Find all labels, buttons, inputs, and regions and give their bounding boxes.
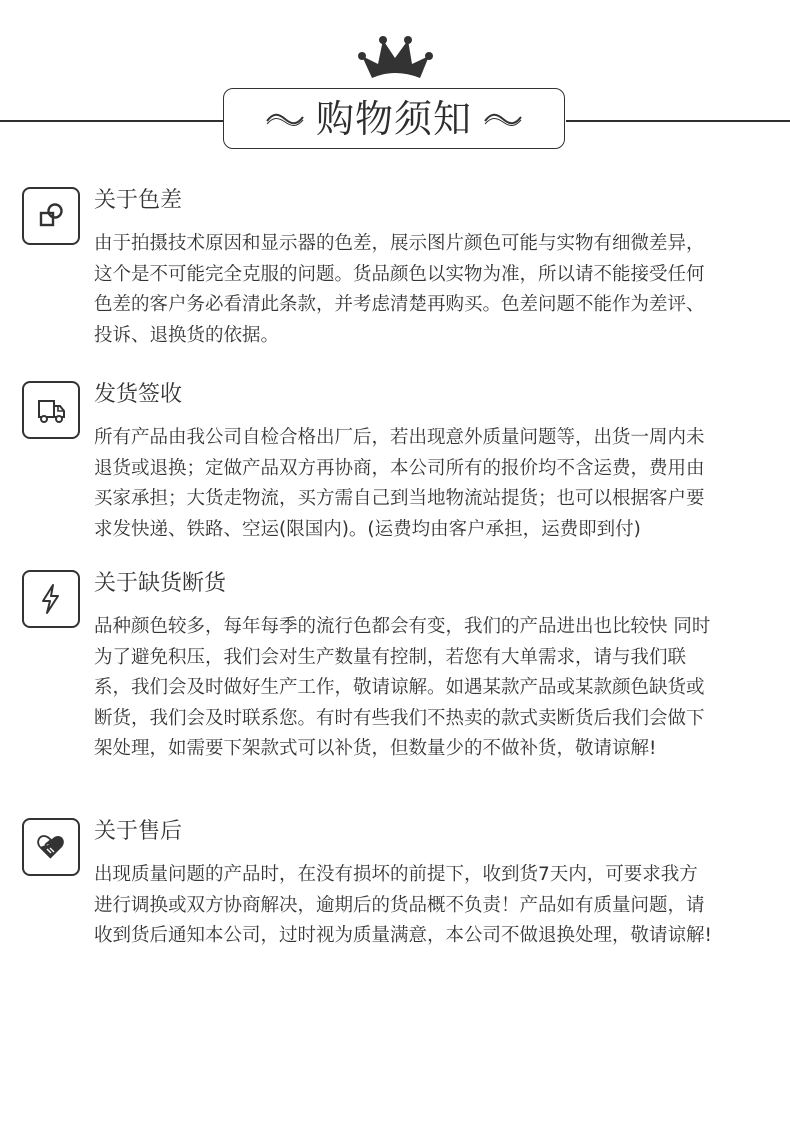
right-flourish-icon — [482, 109, 524, 129]
body-line: 投诉、退换货的依据。 — [94, 321, 769, 352]
color-shapes-icon — [22, 187, 80, 245]
section-body: 出现质量问题的产品时，在没有损坏的前提下，收到货7天内，可要求我方 进行调换或双… — [94, 860, 769, 952]
page-title-banner: 购物须知 — [223, 88, 565, 149]
body-line: 退货或退换；定做产品双方再协商，本公司所有的报价均不含运费，费用由 — [94, 454, 769, 485]
section-body: 所有产品由我公司自检合格出厂后，若出现意外质量问题等，出货一周内未 退货或退换；… — [94, 423, 769, 545]
left-flourish-icon — [264, 109, 306, 129]
body-line: 这个是不可能完全克服的问题。货品颜色以实物为准，所以请不能接受任何 — [94, 260, 769, 291]
section-body: 品种颜色较多，每年每季的流行色都会有变，我们的产品进出也比较快 同时 为了避免积… — [94, 612, 769, 765]
body-line: 进行调换或双方协商解决，逾期后的货品概不负责！产品如有质量问题，请 — [94, 891, 769, 922]
body-line: 求发快递、铁路、空运(限国内)。(运费均由客户承担，运费即到付) — [94, 515, 769, 546]
delivery-truck-icon — [22, 381, 80, 439]
section-title: 关于缺货断货 — [94, 570, 226, 598]
body-line: 架处理，如需要下架款式可以补货，但数量少的不做补货，敬请谅解! — [94, 734, 769, 765]
section-title: 发货签收 — [94, 381, 182, 409]
body-line: 买家承担；大货走物流，买方需自己到当地物流站提货；也可以根据客户要 — [94, 484, 769, 515]
body-line: 所有产品由我公司自检合格出厂后，若出现意外质量问题等，出货一周内未 — [94, 423, 769, 454]
body-line: 系，我们会及时做好生产工作，敬请谅解。如遇某款产品或某款颜色缺货或 — [94, 673, 769, 704]
header-divider-right — [566, 120, 790, 122]
body-line: 为了避免积压，我们会对生产数量有控制，若您有大单需求，请与我们联 — [94, 643, 769, 674]
section-title: 关于售后 — [94, 818, 182, 846]
body-line: 品种颜色较多，每年每季的流行色都会有变，我们的产品进出也比较快 同时 — [94, 612, 769, 643]
body-line: 由于拍摄技术原因和显示器的色差，展示图片颜色可能与实物有细微差异， — [94, 229, 769, 260]
body-line: 断货，我们会及时联系您。有时有些我们不热卖的款式卖断货后我们会做下 — [94, 704, 769, 735]
body-line: 收到货后通知本公司，过时视为质量满意，本公司不做退换处理，敬请谅解! — [94, 921, 769, 952]
lightning-icon — [22, 570, 80, 628]
body-line: 色差的客户务必看清此条款，并考虑清楚再购买。色差问题不能作为差评、 — [94, 290, 769, 321]
handshake-heart-icon — [22, 818, 80, 876]
section-title: 关于色差 — [94, 187, 182, 215]
crown-icon — [350, 30, 440, 80]
header-divider-left — [0, 120, 224, 122]
section-body: 由于拍摄技术原因和显示器的色差，展示图片颜色可能与实物有细微差异， 这个是不可能… — [94, 229, 769, 351]
body-line: 出现质量问题的产品时，在没有损坏的前提下，收到货7天内，可要求我方 — [94, 860, 769, 891]
page-title: 购物须知 — [316, 100, 472, 138]
